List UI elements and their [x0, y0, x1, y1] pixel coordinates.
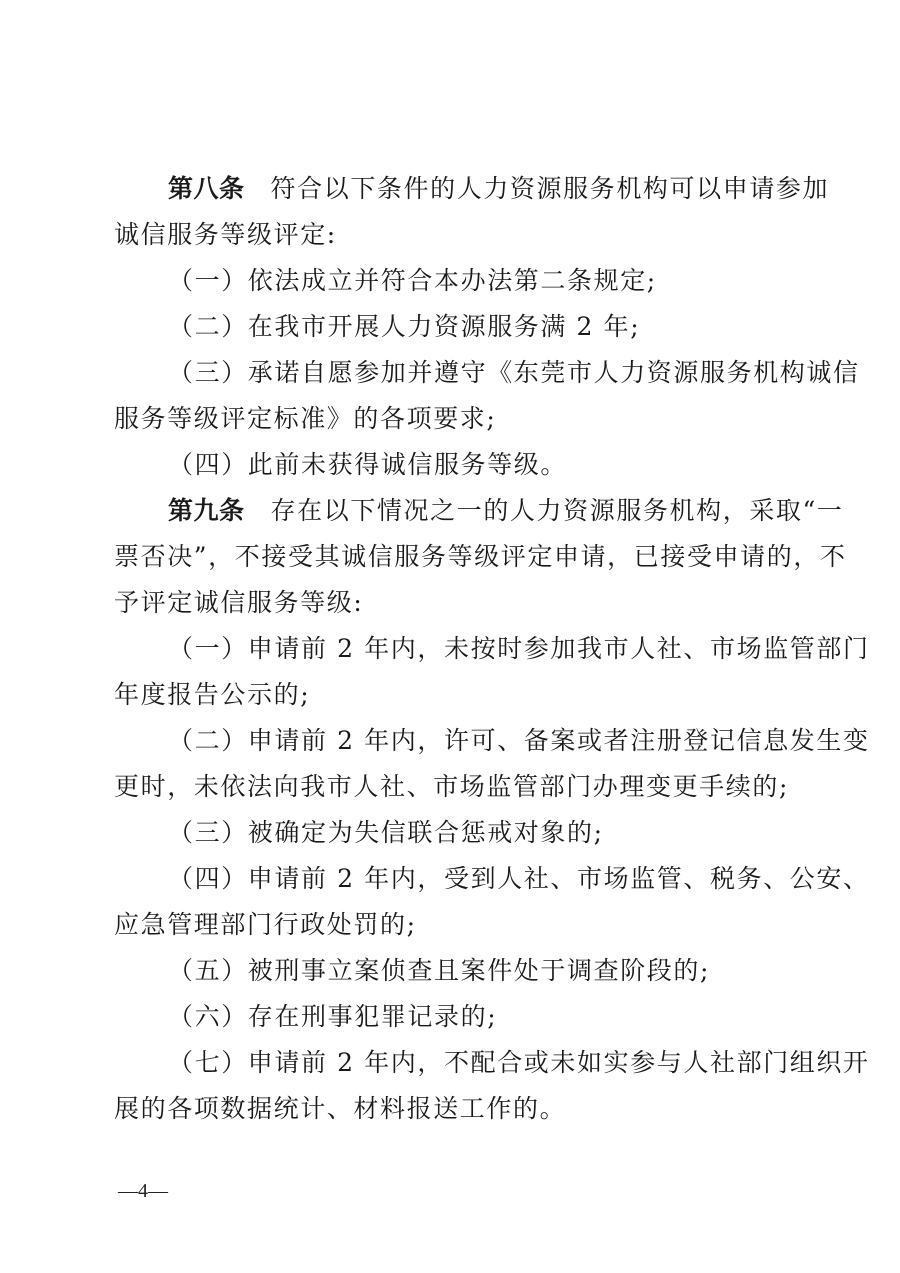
article-9-item-6: （六）存在刑事犯罪记录的;: [114, 994, 792, 1040]
article-9-item-5: （五）被刑事立案侦查且案件处于调查阶段的;: [114, 948, 792, 994]
article-9-item-4-line-1: （四）申请前 2 年内，受到人社、市场监管、税务、公安、: [114, 856, 792, 902]
article-8: 第八条符合以下条件的人力资源服务机构可以申请参加 诚信服务等级评定: （一）依法…: [114, 166, 792, 488]
document-page: 第八条符合以下条件的人力资源服务机构可以申请参加 诚信服务等级评定: （一）依法…: [114, 166, 792, 1132]
article-8-intro-line-1: 第八条符合以下条件的人力资源服务机构可以申请参加: [114, 166, 792, 212]
article-number: 第八条: [168, 174, 245, 203]
article-9: 第九条存在以下情况之一的人力资源服务机构，采取“一 票否决”，不接受其诚信服务等…: [114, 488, 792, 1132]
article-8-item-2: （二）在我市开展人力资源服务满 2 年;: [114, 304, 792, 350]
article-9-intro-line-3: 予评定诚信服务等级:: [114, 580, 792, 626]
article-9-item-1-line-2: 年度报告公示的;: [114, 672, 792, 718]
article-8-item-3-line-1: （三）承诺自愿参加并遵守《东莞市人力资源服务机构诚信: [114, 350, 792, 396]
article-8-item-3-line-2: 服务等级评定标准》的各项要求;: [114, 396, 792, 442]
article-9-item-1-line-1: （一）申请前 2 年内，未按时参加我市人社、市场监管部门: [114, 626, 792, 672]
article-text: 存在以下情况之一的人力资源服务机构，采取“一: [271, 496, 844, 525]
article-number: 第九条: [168, 496, 245, 525]
article-text: 符合以下条件的人力资源服务机构可以申请参加: [271, 174, 830, 203]
article-9-item-7-line-1: （七）申请前 2 年内，不配合或未如实参与人社部门组织开: [114, 1040, 792, 1086]
article-9-item-3: （三）被确定为失信联合惩戒对象的;: [114, 810, 792, 856]
article-8-item-1: （一）依法成立并符合本办法第二条规定;: [114, 258, 792, 304]
article-9-item-2-line-1: （二）申请前 2 年内，许可、备案或者注册登记信息发生变: [114, 718, 792, 764]
article-9-item-2-line-2: 更时，未依法向我市人社、市场监管部门办理变更手续的;: [114, 764, 792, 810]
article-8-intro-line-2: 诚信服务等级评定:: [114, 212, 792, 258]
article-8-item-4: （四）此前未获得诚信服务等级。: [114, 442, 792, 488]
article-9-item-4-line-2: 应急管理部门行政处罚的;: [114, 902, 792, 948]
page-number: —4—: [118, 1180, 168, 1203]
article-9-intro-line-1: 第九条存在以下情况之一的人力资源服务机构，采取“一: [114, 488, 792, 534]
article-9-item-7-line-2: 展的各项数据统计、材料报送工作的。: [114, 1086, 792, 1132]
article-9-intro-line-2: 票否决”，不接受其诚信服务等级评定申请，已接受申请的，不: [114, 534, 792, 580]
